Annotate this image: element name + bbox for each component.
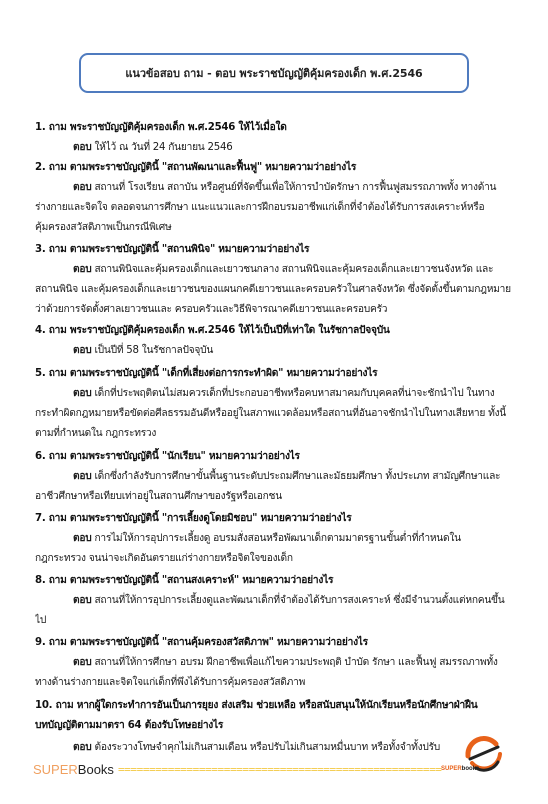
answer-label: ตอบ — [73, 657, 91, 668]
answer-label: ตอบ — [73, 388, 91, 399]
answer-2-line-3: คุ้มครองสวัสดิภาพเป็นกรณีพิเศษ — [35, 218, 515, 238]
answer-3-line-1: ตอบ สถานพินิจและคุ้มครองเด็กและเยาวชนกลา… — [73, 260, 548, 280]
answer-5-line-3: ตามที่กำหนดใน กฎกระทรวง — [35, 424, 515, 444]
question-5: 5. ถาม ตามพระราชบัญญัตินี้ "เด็กที่เสี่ย… — [35, 364, 515, 384]
answer-1-line-1: ตอบ ให้ไว้ ณ วันที่ 24 กันยายน 2546 — [73, 138, 548, 158]
answer-8-line-2: ไป — [35, 611, 515, 631]
title-box: แนวข้อสอบ ถาม - ตอบ พระราชบัญญัติคุ้มครอ… — [79, 53, 469, 93]
answer-label: ตอบ — [73, 533, 91, 544]
answer-2-line-1: ตอบ สถานที่ โรงเรียน สถาบัน หรือศูนย์ที่… — [73, 178, 548, 198]
answer-10-line-1: ตอบ ต้องระวางโทษจำคุกไม่เกินสามเดือน หรื… — [73, 738, 453, 758]
logo-label: SUPERbooks — [441, 766, 479, 772]
brand-super: SUPER — [33, 762, 78, 777]
answer-6-line-1: ตอบ เด็กซึ่งกำลังรับการศึกษาขั้นพื้นฐานร… — [73, 467, 548, 487]
answer-label: ตอบ — [73, 264, 91, 275]
question-9: 9. ถาม ตามพระราชบัญญัตินี้ "สถานคุ้มครอง… — [35, 633, 515, 653]
answer-6-line-2: อาชีวศึกษาหรือเทียบเท่าอยู่ในสถานศึกษาขอ… — [35, 487, 515, 507]
answer-2-line-2: ร่างกายและจิตใจ ตลอดจนการศึกษา แนะแนวและ… — [35, 198, 515, 218]
question-3: 3. ถาม ตามพระราชบัญญัตินี้ "สถานพินิจ" ห… — [35, 240, 515, 260]
answer-3-line-2: สถานพินิจ และคุ้มครองเด็กและเยาวชนของแผน… — [35, 280, 515, 300]
answer-label: ตอบ — [73, 742, 91, 753]
answer-9-line-1: ตอบ สถานที่ให้การศึกษา อบรม ฝึกอาชีพเพื่… — [73, 653, 548, 673]
question-4: 4. ถาม พระราชบัญญัติคุ้มครองเด็ก พ.ศ.254… — [35, 321, 515, 341]
brand-books: Books — [78, 762, 114, 777]
answer-7-line-2: กฎกระทรวง จนน่าจะเกิดอันตรายแก่ร่างกายหร… — [35, 549, 515, 569]
document-title: แนวข้อสอบ ถาม - ตอบ พระราชบัญญัติคุ้มครอ… — [125, 64, 422, 82]
answer-label: ตอบ — [73, 345, 91, 356]
answer-5-line-1: ตอบ เด็กที่ประพฤติตนไม่สมควรเด็กที่ประกอ… — [73, 384, 548, 404]
question-1: 1. ถาม พระราชบัญญัติคุ้มครองเด็ก พ.ศ.254… — [35, 118, 515, 138]
answer-4-line-1: ตอบ เป็นปีที่ 58 ในรัชกาลปัจจุบัน — [73, 341, 548, 361]
answer-7-line-1: ตอบ การไม่ให้การอุปการะเลี้ยงดู อบรมสั่ง… — [73, 529, 548, 549]
question-10-line-2: บทบัญญัติตามมาตรา 64 ต้องรับโทษอย่างไร — [35, 716, 515, 736]
question-6: 6. ถาม ตามพระราชบัญญัตินี้ "นักเรียน" หม… — [35, 447, 515, 467]
answer-9-line-2: ทางด้านร่างกายและจิตใจแก่เด็กที่พึงได้รั… — [35, 673, 515, 693]
answer-8-line-1: ตอบ สถานที่ให้การอุปการะเลี้ยงดูและพัฒนา… — [73, 591, 548, 611]
answer-label: ตอบ — [73, 471, 91, 482]
answer-5-line-2: กระทำผิดกฎหมายหรือขัดต่อศีลธรรมอันดีหรือ… — [35, 404, 515, 424]
footer-brand: SUPERBooks =============================… — [33, 760, 442, 778]
answer-label: ตอบ — [73, 142, 91, 153]
question-2: 2. ถาม ตามพระราชบัญญัตินี้ "สถานพัฒนาและ… — [35, 158, 515, 178]
question-10-line-1: 10. ถาม หากผู้ใดกระทำการอันเป็นการยุยง ส… — [35, 696, 515, 716]
question-7: 7. ถาม ตามพระราชบัญญัตินี้ "การเลี้ยงดูโ… — [35, 509, 515, 529]
question-8: 8. ถาม ตามพระราชบัญญัตินี้ "สถานสงเคราะห… — [35, 571, 515, 591]
answer-3-line-3: ว่าด้วยการจัดตั้งศาลเยาวชนและ ครอบครัวแล… — [35, 300, 515, 320]
footer-rule: ========================================… — [118, 763, 442, 776]
answer-label: ตอบ — [73, 595, 91, 606]
answer-label: ตอบ — [73, 182, 91, 193]
